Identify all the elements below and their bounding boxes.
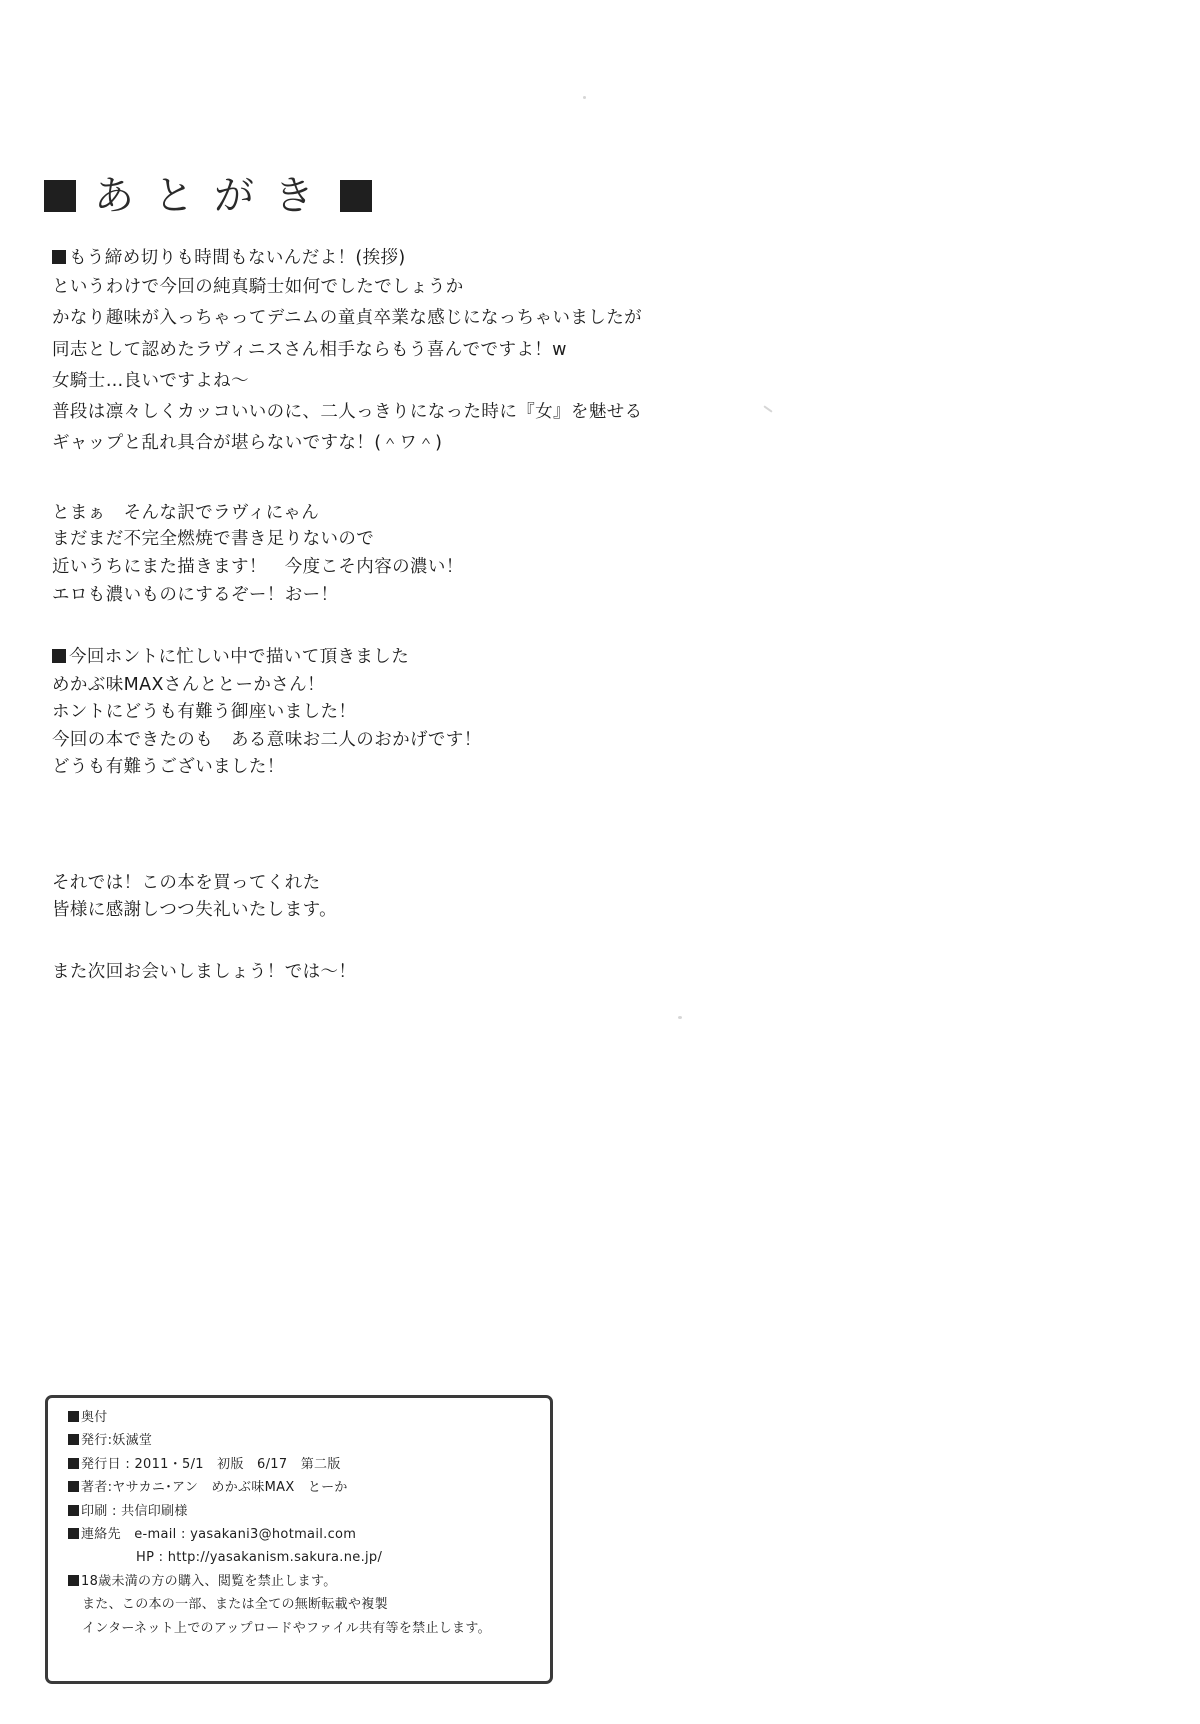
authors-label: 著者 xyxy=(81,1480,108,1495)
notice-text: 18歳未満の方の購入、閲覧を禁止します。 xyxy=(81,1574,337,1589)
colophon-box: 奥付 発行:妖滅堂 発行日 : 2011・5/1 初版 6/17 第二版 著者:… xyxy=(45,1395,553,1684)
square-bullet-icon xyxy=(52,649,66,663)
text-line: 同志として認めたラヴィニスさん相手ならもう喜んでですよ！w xyxy=(52,336,752,365)
afterword-section-farewell: また次回お会いしましょう！では～！ xyxy=(52,958,752,987)
title-square-left-icon xyxy=(44,180,76,212)
square-bullet-icon xyxy=(52,250,66,264)
hp-link[interactable]: http://yasakanism.sakura.ne.jp/ xyxy=(168,1550,382,1565)
printer-label: 印刷 xyxy=(81,1504,108,1519)
afterword-section-thanks: 今回ホントに忙しい中で描いて頂きました めかぶ味MAXさんととーかさん！ ホント… xyxy=(52,644,752,781)
square-bullet-icon xyxy=(68,1528,79,1539)
separator: : xyxy=(177,1527,191,1542)
colophon-heading-text: 奥付 xyxy=(81,1410,108,1425)
email-label: e-mail xyxy=(134,1527,176,1542)
afterword-page: あとがき もう締め切りも時間もないんだよ！(挨拶) というわけで今回の純真騎士如… xyxy=(0,0,1200,1724)
separator: : xyxy=(154,1550,168,1565)
colophon-rows: 奥付 発行:妖滅堂 発行日 : 2011・5/1 初版 6/17 第二版 著者:… xyxy=(68,1406,491,1640)
scan-speck xyxy=(678,1016,682,1019)
square-bullet-icon xyxy=(68,1458,79,1469)
colophon-printer: 印刷 : 共信印刷様 xyxy=(68,1500,491,1523)
text-line: どうも有難うございました！ xyxy=(52,754,752,781)
text-line: ギャップと乱れ具合が堪らないですな！(＾ワ＾) xyxy=(52,429,752,458)
authors-value: ヤサカニ･アン めかぶ味MAX とーか xyxy=(112,1480,347,1495)
publisher-value: 妖滅堂 xyxy=(112,1433,152,1448)
scan-speck xyxy=(763,405,772,412)
colophon-notice: 18歳未満の方の購入、閲覧を禁止します。 xyxy=(68,1570,491,1593)
text-line: 今回の本できたのも ある意味お二人のおかげです！ xyxy=(52,727,752,754)
text-line: エロも濃いものにするぞー！おー！ xyxy=(52,582,752,608)
colophon-date: 発行日 : 2011・5/1 初版 6/17 第二版 xyxy=(68,1453,491,1476)
afterword-section-closing: それでは！この本を買ってくれた 皆様に感謝しつつ失礼いたします。 xyxy=(52,870,752,924)
text-line: 近いうちにまた描きます！ 今度こそ内容の濃い！ xyxy=(52,554,752,580)
text-line: とまぁ そんな訳でラヴィにゃん xyxy=(52,500,752,526)
text-line: また次回お会いしましょう！では～！ xyxy=(52,958,752,987)
text-line: というわけで今回の純真騎士如何でしたでしょうか xyxy=(52,273,752,302)
colophon-contact-email: 連絡先 e-mail : yasakani3@hotmail.com xyxy=(68,1523,491,1546)
text-line: ホントにどうも有難う御座いました！ xyxy=(52,699,752,726)
page-title: あとがき xyxy=(44,168,372,224)
email-value[interactable]: yasakani3@hotmail.com xyxy=(190,1527,356,1542)
line-text: 今回ホントに忙しい中で描いて頂きました xyxy=(69,647,409,667)
text-line: 女騎士…良いですよね～ xyxy=(52,367,752,396)
square-bullet-icon xyxy=(68,1411,79,1422)
colophon-notice-line: また、この本の一部、または全ての無断転載や複製 xyxy=(68,1593,491,1616)
page-title-text: あとがき xyxy=(94,176,334,216)
hp-label: HP xyxy=(136,1550,154,1565)
spacer xyxy=(121,1527,134,1542)
square-bullet-icon xyxy=(68,1481,79,1492)
colophon-publisher: 発行:妖滅堂 xyxy=(68,1429,491,1452)
colophon-contact-hp: HP : http://yasakanism.sakura.ne.jp/ xyxy=(68,1546,491,1569)
square-bullet-icon xyxy=(68,1575,79,1586)
scan-speck xyxy=(583,96,586,99)
square-bullet-icon xyxy=(68,1434,79,1445)
text-line: 皆様に感謝しつつ失礼いたします。 xyxy=(52,897,752,924)
text-line: それでは！この本を買ってくれた xyxy=(52,870,752,897)
afterword-section-plans: とまぁ そんな訳でラヴィにゃん まだまだ不完全燃焼で書き足りないので 近いうちに… xyxy=(52,500,752,608)
contact-label: 連絡先 xyxy=(81,1527,121,1542)
separator: : xyxy=(121,1457,135,1472)
date-value: 2011・5/1 初版 6/17 第二版 xyxy=(134,1457,340,1472)
title-square-right-icon xyxy=(340,180,372,212)
text-line: 今回ホントに忙しい中で描いて頂きました xyxy=(52,644,752,671)
text-line: めかぶ味MAXさんととーかさん！ xyxy=(52,672,752,699)
printer-value: 共信印刷様 xyxy=(121,1504,188,1519)
line-text: もう締め切りも時間もないんだよ！(挨拶) xyxy=(69,248,406,268)
text-line: まだまだ不完全燃焼で書き足りないので xyxy=(52,526,752,552)
separator: : xyxy=(108,1504,122,1519)
colophon-notice-line: インターネット上でのアップロードやファイル共有等を禁止します。 xyxy=(68,1617,491,1640)
text-line: もう締め切りも時間もないんだよ！(挨拶) xyxy=(52,244,752,273)
colophon-authors: 著者:ヤサカニ･アン めかぶ味MAX とーか xyxy=(68,1476,491,1499)
square-bullet-icon xyxy=(68,1505,79,1516)
text-line: 普段は凛々しくカッコいいのに、二人っきりになった時に『女』を魅せる xyxy=(52,398,752,427)
publisher-label: 発行 xyxy=(81,1433,108,1448)
text-line: かなり趣味が入っちゃってデニムの童貞卒業な感じになっちゃいましたが xyxy=(52,304,752,333)
afterword-section-greeting: もう締め切りも時間もないんだよ！(挨拶) というわけで今回の純真騎士如何でしたで… xyxy=(52,244,752,458)
colophon-heading: 奥付 xyxy=(68,1406,491,1429)
date-label: 発行日 xyxy=(81,1457,121,1472)
